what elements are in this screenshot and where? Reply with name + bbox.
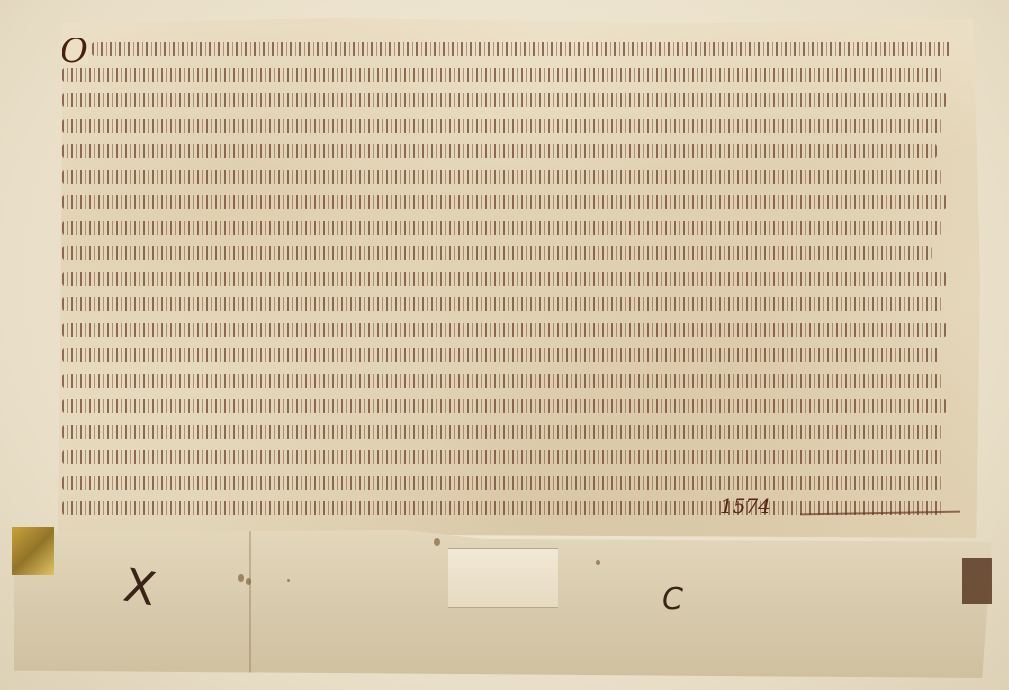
deed-text: O bbox=[62, 38, 962, 523]
ink-stain bbox=[596, 560, 600, 565]
handwriting bbox=[62, 323, 947, 337]
text-line-9 bbox=[62, 242, 962, 268]
handwriting bbox=[62, 68, 942, 82]
text-line-12 bbox=[62, 319, 962, 345]
text-line-18 bbox=[62, 472, 962, 498]
text-line-1: O bbox=[62, 38, 962, 64]
text-line-10 bbox=[62, 268, 962, 294]
handwriting bbox=[62, 374, 942, 388]
handwriting bbox=[92, 42, 952, 56]
handwriting bbox=[62, 399, 947, 413]
handwriting bbox=[62, 425, 942, 439]
gold-foil-patch bbox=[12, 527, 54, 575]
handwriting bbox=[62, 246, 932, 260]
ink-stain bbox=[246, 578, 251, 585]
plica-mark-c: C bbox=[662, 582, 683, 617]
handwriting bbox=[62, 450, 944, 464]
handwriting bbox=[62, 297, 942, 311]
handwriting bbox=[62, 476, 942, 490]
text-line-17 bbox=[62, 446, 962, 472]
text-line-14 bbox=[62, 370, 962, 396]
ink-stain bbox=[434, 538, 440, 546]
handwriting bbox=[62, 119, 942, 133]
text-line-5 bbox=[62, 140, 962, 166]
ink-stain bbox=[238, 574, 244, 582]
handwriting bbox=[62, 195, 947, 209]
text-line-7 bbox=[62, 191, 962, 217]
text-line-4 bbox=[62, 115, 962, 141]
text-line-16 bbox=[62, 421, 962, 447]
text-line-8 bbox=[62, 217, 962, 243]
handwriting bbox=[62, 144, 937, 158]
handwriting bbox=[62, 272, 947, 286]
handwriting bbox=[62, 348, 940, 362]
dark-seal-remnant bbox=[962, 558, 992, 604]
illuminated-initial: O bbox=[62, 38, 88, 64]
text-line-6 bbox=[62, 166, 962, 192]
text-line-19 bbox=[62, 497, 962, 523]
text-line-3 bbox=[62, 89, 962, 115]
text-line-2 bbox=[62, 64, 962, 90]
ink-stain bbox=[287, 579, 290, 582]
deed-date: 1574 bbox=[720, 494, 771, 518]
handwriting bbox=[62, 170, 942, 184]
text-line-15 bbox=[62, 395, 962, 421]
text-line-13 bbox=[62, 344, 962, 370]
handwriting bbox=[62, 221, 942, 235]
text-line-11 bbox=[62, 293, 962, 319]
handwriting bbox=[62, 93, 947, 107]
seal-tag-slot bbox=[448, 548, 558, 608]
